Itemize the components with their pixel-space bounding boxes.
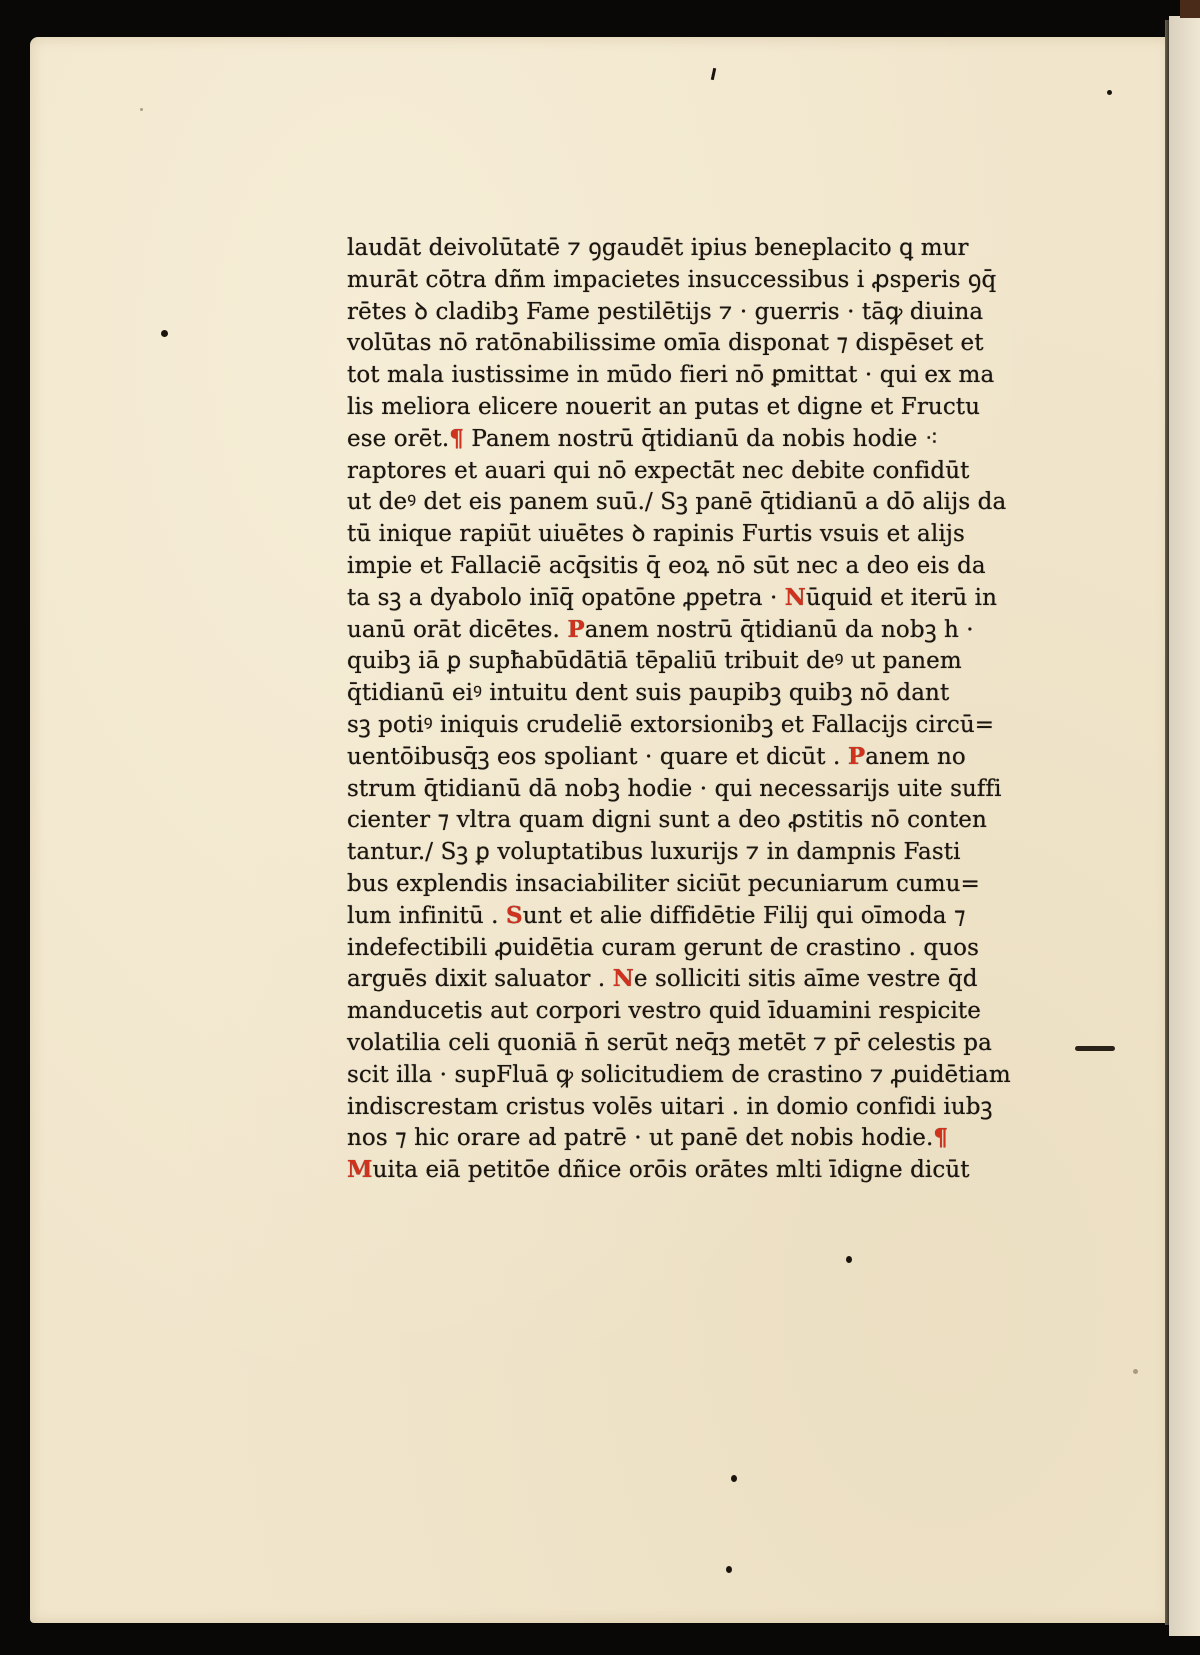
line-text: indefectibili ꝓuidētia curam gerunt de c… (347, 935, 979, 961)
text-line: scit illa · supFluā ꝙ solicitudiem de cr… (347, 1059, 1007, 1091)
line-text: uentōibusq̄ꝫ eos spoliant · quare et dic… (347, 744, 848, 770)
line-text: manducetis aut corpori vestro quid īduam… (347, 998, 981, 1024)
binding-edge (1180, 0, 1200, 18)
text-line: volatilia celi quoniā n̄ serūt neq̄ꝫ met… (347, 1027, 1007, 1059)
line-text: murāt cōtra dñm impacietes insuccessibus… (347, 267, 996, 293)
line-text: ese orēt. (347, 426, 449, 452)
text-line: lum infinitū . Sunt et alie diffidētie F… (347, 900, 1007, 932)
line-text: tū inique rapiūt uiuētes ꝺ rapinis Furti… (347, 521, 965, 547)
ink-spot (731, 1475, 737, 1482)
line-text: Panem nostrū q̄tidianū da nobis hodie ⁖ (464, 426, 939, 452)
ink-spot (1107, 90, 1112, 95)
text-line: cienter ⁊ vltra quam digni sunt a deo ꝓs… (347, 804, 1007, 836)
line-text: impie et Fallaciē acq̄sitis q̄ eoꝝ nō sū… (347, 553, 986, 579)
text-line: indefectibili ꝓuidētia curam gerunt de c… (347, 932, 1007, 964)
text-line: q̄tidianū eiꝰ intuitu dent suis paupibꝫ … (347, 677, 1007, 709)
line-text: bus explendis insaciabiliter siciūt pecu… (347, 871, 980, 897)
line-text: lum infinitū . (347, 903, 506, 929)
line-text: ta sꝫ a dyabolo inīq̄ opatōne ꝓpetra · (347, 585, 785, 611)
line-text: quibꝫ iā ꝑ supħabūdātiā tēpaliū tribuit … (347, 648, 962, 674)
line-text: lis meliora elicere nouerit an putas et … (347, 394, 980, 420)
text-line: Muita eiā petitōe dñice orōis orātes mlt… (347, 1154, 1007, 1186)
ink-spot (726, 1566, 732, 1573)
rubric-initial: N (785, 584, 806, 611)
text-line: uanū orāt dicētes. Panem nostrū q̄tidian… (347, 614, 1007, 646)
line-text: tantur./ Sꝫ ꝑ voluptatibus luxurijs ⁊ in… (347, 839, 961, 865)
line-text: uanū orāt dicētes. (347, 617, 567, 643)
line-text: e solliciti sitis aīme vestre q̄d (634, 966, 978, 992)
line-text: tot mala iustissime in mūdo fieri nō ꝑmi… (347, 362, 994, 388)
rubric-initial: P (848, 743, 865, 770)
text-line: quibꝫ iā ꝑ supħabūdātiā tēpaliū tribuit … (347, 645, 1007, 677)
line-text: ūquid et iterū in (806, 585, 997, 611)
rubric-initial: N (613, 965, 634, 992)
line-text: strum q̄tidianū dā nobꝫ hodie · qui nece… (347, 776, 1002, 802)
text-line: volūtas nō ratōnabilissime omīa disponat… (347, 327, 1007, 359)
line-text: sꝫ potiꝰ iniquis crudeliē extorsionibꝫ e… (347, 712, 994, 738)
line-text: scit illa · supFluā ꝙ solicitudiem de cr… (347, 1062, 1011, 1088)
line-text: anem nostrū q̄tidianū da nobꝫ h · (585, 617, 974, 643)
ink-spot (161, 330, 168, 337)
text-line: ese orēt.¶ Panem nostrū q̄tidianū da nob… (347, 423, 1007, 455)
line-text: unt et alie diffidētie Filij qui oīmoda … (523, 903, 966, 929)
text-block: laudāt deivolūtatē ⁊ ꝯgaudēt ipius benep… (347, 232, 1007, 1186)
line-text: uita eiā petitōe dñice orōis orātes mlti… (373, 1157, 970, 1183)
rubric-initial: P (567, 616, 584, 643)
paper-spot (140, 108, 143, 111)
line-text: volatilia celi quoniā n̄ serūt neq̄ꝫ met… (347, 1030, 992, 1056)
rubric-initial: ¶ (449, 425, 464, 452)
text-line: tantur./ Sꝫ ꝑ voluptatibus luxurijs ⁊ in… (347, 836, 1007, 868)
text-line: ta sꝫ a dyabolo inīq̄ opatōne ꝓpetra · N… (347, 582, 1007, 614)
text-line: ut deꝰ det eis panem suū./ Sꝫ panē q̄tid… (347, 486, 1007, 518)
line-text: laudāt deivolūtatē ⁊ ꝯgaudēt ipius benep… (347, 235, 969, 261)
text-line: strum q̄tidianū dā nobꝫ hodie · qui nece… (347, 773, 1007, 805)
text-line: sꝫ potiꝰ iniquis crudeliē extorsionibꝫ e… (347, 709, 1007, 741)
text-line: uentōibusq̄ꝫ eos spoliant · quare et dic… (347, 741, 1007, 773)
text-line: rētes ꝺ cladibꝫ Fame pestilētijs ⁊ · gue… (347, 296, 1007, 328)
ink-smudge (1075, 1046, 1115, 1051)
text-line: raptores et auari qui nō expectāt nec de… (347, 455, 1007, 487)
line-text: rētes ꝺ cladibꝫ Fame pestilētijs ⁊ · gue… (347, 299, 983, 325)
text-line: impie et Fallaciē acq̄sitis q̄ eoꝝ nō sū… (347, 550, 1007, 582)
facing-page-edge (1169, 16, 1200, 1636)
rubric-initial: M (347, 1156, 373, 1183)
text-line: murāt cōtra dñm impacietes insuccessibus… (347, 264, 1007, 296)
text-line: indiscrestam cristus volēs uitari . in d… (347, 1091, 1007, 1123)
line-text: ut deꝰ det eis panem suū./ Sꝫ panē q̄tid… (347, 489, 1006, 515)
line-text: indiscrestam cristus volēs uitari . in d… (347, 1094, 992, 1120)
text-line: tū inique rapiūt uiuētes ꝺ rapinis Furti… (347, 518, 1007, 550)
text-line: lis meliora elicere nouerit an putas et … (347, 391, 1007, 423)
rubric-initial: S (506, 902, 523, 929)
line-text: nos ⁊ hic orare ad patrē · ut panē det n… (347, 1125, 933, 1151)
text-line: laudāt deivolūtatē ⁊ ꝯgaudēt ipius benep… (347, 232, 1007, 264)
line-text: q̄tidianū eiꝰ intuitu dent suis paupibꝫ … (347, 680, 949, 706)
line-text: cienter ⁊ vltra quam digni sunt a deo ꝓs… (347, 807, 987, 833)
text-line: manducetis aut corpori vestro quid īduam… (347, 995, 1007, 1027)
line-text: anem no (865, 744, 966, 770)
text-line: bus explendis insaciabiliter siciūt pecu… (347, 868, 1007, 900)
text-line: tot mala iustissime in mūdo fieri nō ꝑmi… (347, 359, 1007, 391)
line-text: volūtas nō ratōnabilissime omīa disponat… (347, 330, 984, 356)
line-text: raptores et auari qui nō expectāt nec de… (347, 458, 969, 484)
ink-spot (846, 1256, 852, 1263)
rubric-initial: ¶ (933, 1124, 948, 1151)
text-line: nos ⁊ hic orare ad patrē · ut panē det n… (347, 1122, 1007, 1154)
text-line: arguēs dixit saluator . Ne solliciti sit… (347, 963, 1007, 995)
line-text: arguēs dixit saluator . (347, 966, 613, 992)
paper-spot (1133, 1369, 1138, 1374)
